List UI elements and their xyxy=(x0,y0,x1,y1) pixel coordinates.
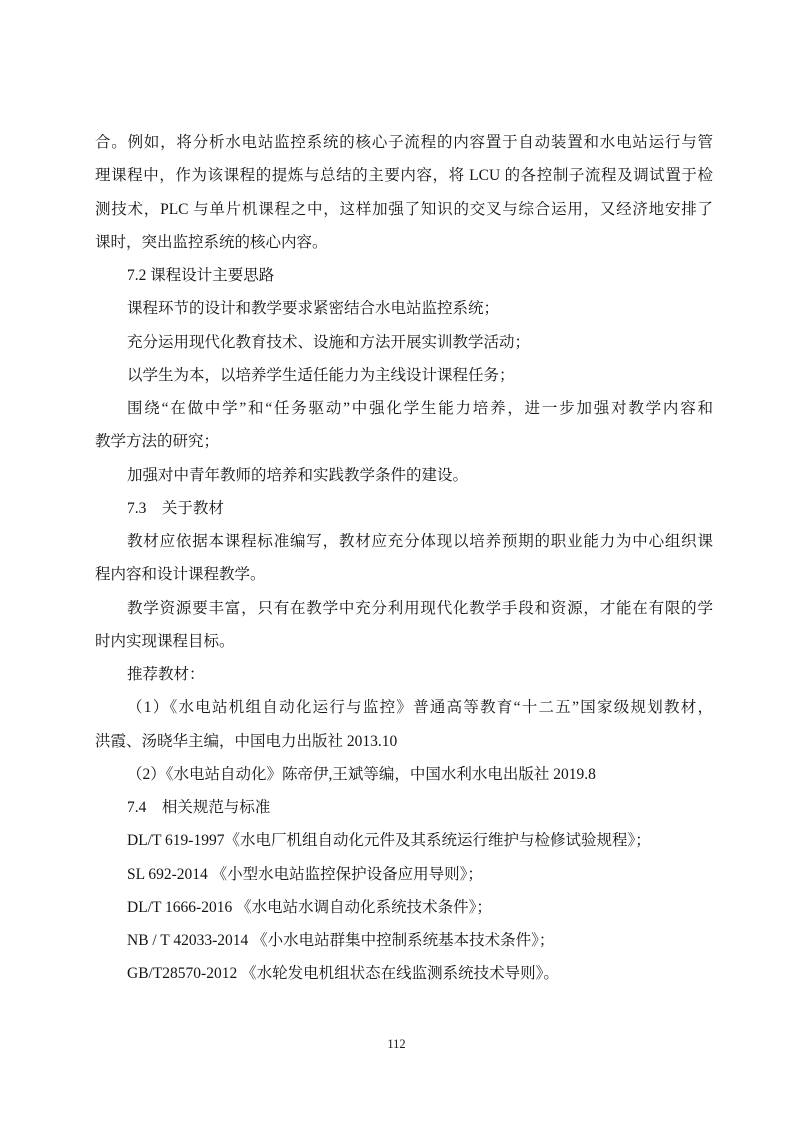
body-line: 教学资源要丰富，只有在教学中充分利用现代化教学手段和资源，才能在有限的学 xyxy=(95,592,713,625)
body-line: 以学生为本，以培养学生适任能力为主线设计课程任务； xyxy=(95,359,713,392)
heading-7-2: 7.2 课程设计主要思路 xyxy=(95,259,713,292)
body-line: 合。例如，将分析水电站监控系统的核心子流程的内容置于自动装置和水电站运行与管 xyxy=(95,126,713,159)
body-line: 时内实现课程目标。 xyxy=(95,625,713,658)
body-line: 测技术，PLC 与单片机课程之中，这样加强了知识的交叉与综合运用，又经济地安排了 xyxy=(95,193,713,226)
body-line: DL/T 619-1997《水电厂机组自动化元件及其系统运行维护与检修试验规程》… xyxy=(95,824,713,857)
body-line: SL 692-2014 《小型水电站监控保护设备应用导则》； xyxy=(95,858,713,891)
body-line: 推荐教材： xyxy=(95,658,713,691)
page-number: 112 xyxy=(387,1037,405,1051)
body-line: 程内容和设计课程教学。 xyxy=(95,558,713,591)
body-line: 围绕“在做中学”和“任务驱动”中强化学生能力培养，进一步加强对教学内容和 xyxy=(95,392,713,425)
heading-7-4: 7.4 相关规范与标准 xyxy=(95,791,713,824)
body-line: （1）《水电站机组自动化运行与监控》普通高等教育“十二五”国家级规划教材， xyxy=(95,691,713,724)
body-line: 教材应依据本课程标准编写，教材应充分体现以培养预期的职业能力为中心组织课 xyxy=(95,525,713,558)
body-line: 加强对中青年教师的培养和实践教学条件的建设。 xyxy=(95,459,713,492)
page-body-text: 合。例如，将分析水电站监控系统的核心子流程的内容置于自动装置和水电站运行与管 理… xyxy=(95,126,713,991)
body-line: DL/T 1666-2016 《水电站水调自动化系统技术条件》； xyxy=(95,891,713,924)
body-line: 洪霞、汤晓华主编，中国电力出版社 2013.10 xyxy=(95,725,713,758)
body-line: 理课程中，作为该课程的提炼与总结的主要内容，将 LCU 的各控制子流程及调试置于… xyxy=(95,159,713,192)
document-page: 合。例如，将分析水电站监控系统的核心子流程的内容置于自动装置和水电站运行与管 理… xyxy=(0,0,793,1122)
body-line: NB / T 42033-2014 《小水电站群集中控制系统基本技术条件》； xyxy=(95,924,713,957)
body-line: 课时，突出监控系统的核心内容。 xyxy=(95,226,713,259)
body-line: 教学方法的研究； xyxy=(95,425,713,458)
body-line: （2）《水电站自动化》陈帝伊,王斌等编，中国水利水电出版社 2019.8 xyxy=(95,758,713,791)
heading-7-3: 7.3 关于教材 xyxy=(95,492,713,525)
body-line: GB/T28570-2012 《水轮发电机组状态在线监测系统技术导则》。 xyxy=(95,957,713,990)
body-line: 充分运用现代化教育技术、设施和方法开展实训教学活动； xyxy=(95,326,713,359)
page-footer: 112 xyxy=(0,1037,793,1052)
body-line: 课程环节的设计和教学要求紧密结合水电站监控系统； xyxy=(95,292,713,325)
